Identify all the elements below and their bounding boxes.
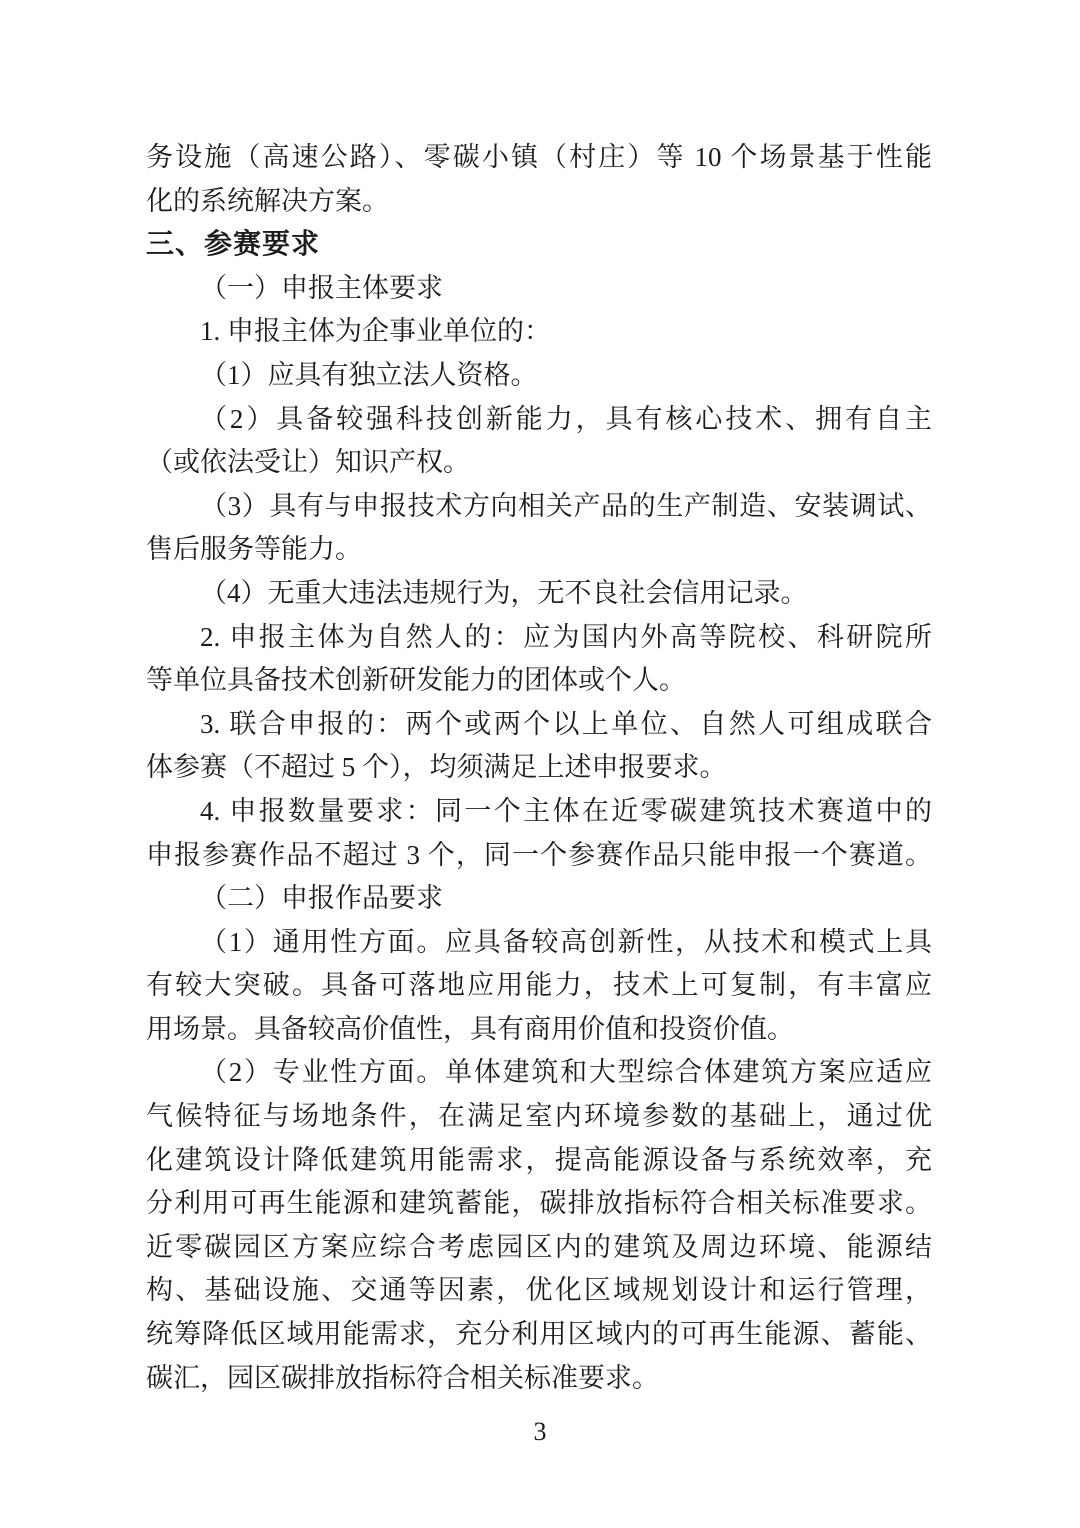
body-line: （或依法受让）知识产权。 bbox=[146, 441, 932, 485]
body-line: 统筹降低区域用能需求，充分利用区域内的可再生能源、蓄能、 bbox=[146, 1313, 932, 1357]
body-line: 用场景。具备较高价值性，具有商用价值和投资价值。 bbox=[146, 1008, 932, 1052]
body-line: 1. 申报主体为企事业单位的： bbox=[146, 310, 932, 354]
body-line: 申报参赛作品不超过 3 个，同一个参赛作品只能申报一个赛道。 bbox=[146, 834, 932, 878]
body-line: 化建筑设计降低建筑用能需求，提高能源设备与系统效率，充 bbox=[146, 1139, 932, 1183]
body-line: 售后服务等能力。 bbox=[146, 528, 932, 572]
body-line: 气候特征与场地条件，在满足室内环境参数的基础上，通过优 bbox=[146, 1095, 932, 1139]
body-line: 碳汇，园区碳排放指标符合相关标准要求。 bbox=[146, 1357, 932, 1401]
section-heading: 三、参赛要求 bbox=[146, 223, 932, 267]
document-page: 务设施（高速公路）、零碳小镇（村庄）等 10 个场景基于性能 化的系统解决方案。… bbox=[0, 0, 1080, 1528]
subsection-heading: （一）申报主体要求 bbox=[146, 267, 932, 311]
body-line: 体参赛（不超过 5 个），均须满足上述申报要求。 bbox=[146, 746, 932, 790]
body-line: （1）通用性方面。应具备较高创新性，从技术和模式上具 bbox=[146, 921, 932, 965]
document-text-block: 务设施（高速公路）、零碳小镇（村庄）等 10 个场景基于性能 化的系统解决方案。… bbox=[146, 136, 932, 1400]
body-line: 等单位具备技术创新研发能力的团体或个人。 bbox=[146, 659, 932, 703]
body-line: 近零碳园区方案应综合考虑园区内的建筑及周边环境、能源结 bbox=[146, 1226, 932, 1270]
body-line: 务设施（高速公路）、零碳小镇（村庄）等 10 个场景基于性能 bbox=[146, 136, 932, 180]
body-line: （2）具备较强科技创新能力，具有核心技术、拥有自主 bbox=[146, 398, 932, 442]
body-line: 分利用可再生能源和建筑蓄能，碳排放指标符合相关标准要求。 bbox=[146, 1182, 932, 1226]
body-line: 2. 申报主体为自然人的：应为国内外高等院校、科研院所 bbox=[146, 616, 932, 660]
subsection-heading: （二）申报作品要求 bbox=[146, 877, 932, 921]
body-line: 有较大突破。具备可落地应用能力，技术上可复制，有丰富应 bbox=[146, 964, 932, 1008]
body-line: （4）无重大违法违规行为，无不良社会信用记录。 bbox=[146, 572, 932, 616]
page-number: 3 bbox=[0, 1412, 1080, 1452]
body-line: （3）具有与申报技术方向相关产品的生产制造、安装调试、 bbox=[146, 485, 932, 529]
body-line: 4. 申报数量要求：同一个主体在近零碳建筑技术赛道中的 bbox=[146, 790, 932, 834]
body-line: （2）专业性方面。单体建筑和大型综合体建筑方案应适应 bbox=[146, 1051, 932, 1095]
body-line: 构、基础设施、交通等因素，优化区域规划设计和运行管理， bbox=[146, 1269, 932, 1313]
body-line: 3. 联合申报的：两个或两个以上单位、自然人可组成联合 bbox=[146, 703, 932, 747]
body-line: 化的系统解决方案。 bbox=[146, 180, 932, 224]
body-line: （1）应具有独立法人资格。 bbox=[146, 354, 932, 398]
